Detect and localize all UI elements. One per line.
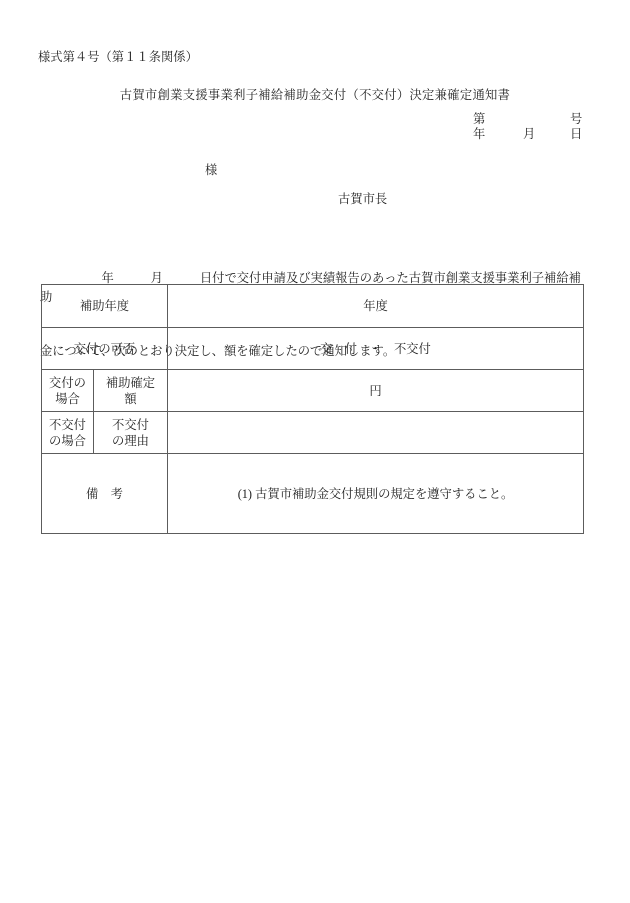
addressee-honorific: 様: [205, 160, 217, 178]
sender-mayor: 古賀市長: [338, 189, 387, 207]
cell-grant-decision-label: 交付の可否: [42, 328, 168, 370]
cell-grant-decision-value: 交 付 ・ 不交付: [168, 328, 584, 370]
cell-remarks-label: 備 考: [42, 454, 168, 534]
table-row-grant-decision: 交付の可否 交 付 ・ 不交付: [42, 328, 584, 370]
table-row-granted-amount: 交付の 場合 補助確定 額 円: [42, 370, 584, 412]
date-month-label: 月: [523, 124, 535, 142]
table-row-remarks: 備 考 (1) 古賀市補助金交付規則の規定を遵守すること。: [42, 454, 584, 534]
cell-confirmed-amount-label: 補助確定 額: [94, 370, 168, 412]
cell-not-granted-reason-label: 不交付 の理由: [94, 412, 168, 454]
cell-confirmed-amount-value: 円: [168, 370, 584, 412]
cell-not-granted-case-label: 不交付 の場合: [42, 412, 94, 454]
form-number: 様式第４号（第１１条関係）: [38, 47, 198, 65]
cell-granted-case-label: 交付の 場合: [42, 370, 94, 412]
table-row-subsidy-year: 補助年度 年度: [42, 285, 584, 328]
cell-subsidy-year-value: 年度: [168, 285, 584, 328]
cell-subsidy-year-label: 補助年度: [42, 285, 168, 328]
date-year-label: 年: [473, 124, 485, 142]
cell-remarks-value: (1) 古賀市補助金交付規則の規定を遵守すること。: [168, 454, 584, 534]
table-row-not-granted-reason: 不交付 の場合 不交付 の理由: [42, 412, 584, 454]
document-page: 様式第４号（第１１条関係） 古賀市創業支援事業利子補給補助金交付（不交付）決定兼…: [0, 0, 630, 903]
document-title: 古賀市創業支援事業利子補給補助金交付（不交付）決定兼確定通知書: [0, 85, 630, 103]
notice-table: 補助年度 年度 交付の可否 交 付 ・ 不交付 交付の 場合 補助確定 額 円 …: [41, 284, 584, 534]
cell-not-granted-reason-value: [168, 412, 584, 454]
date-day-label: 日: [570, 124, 582, 142]
